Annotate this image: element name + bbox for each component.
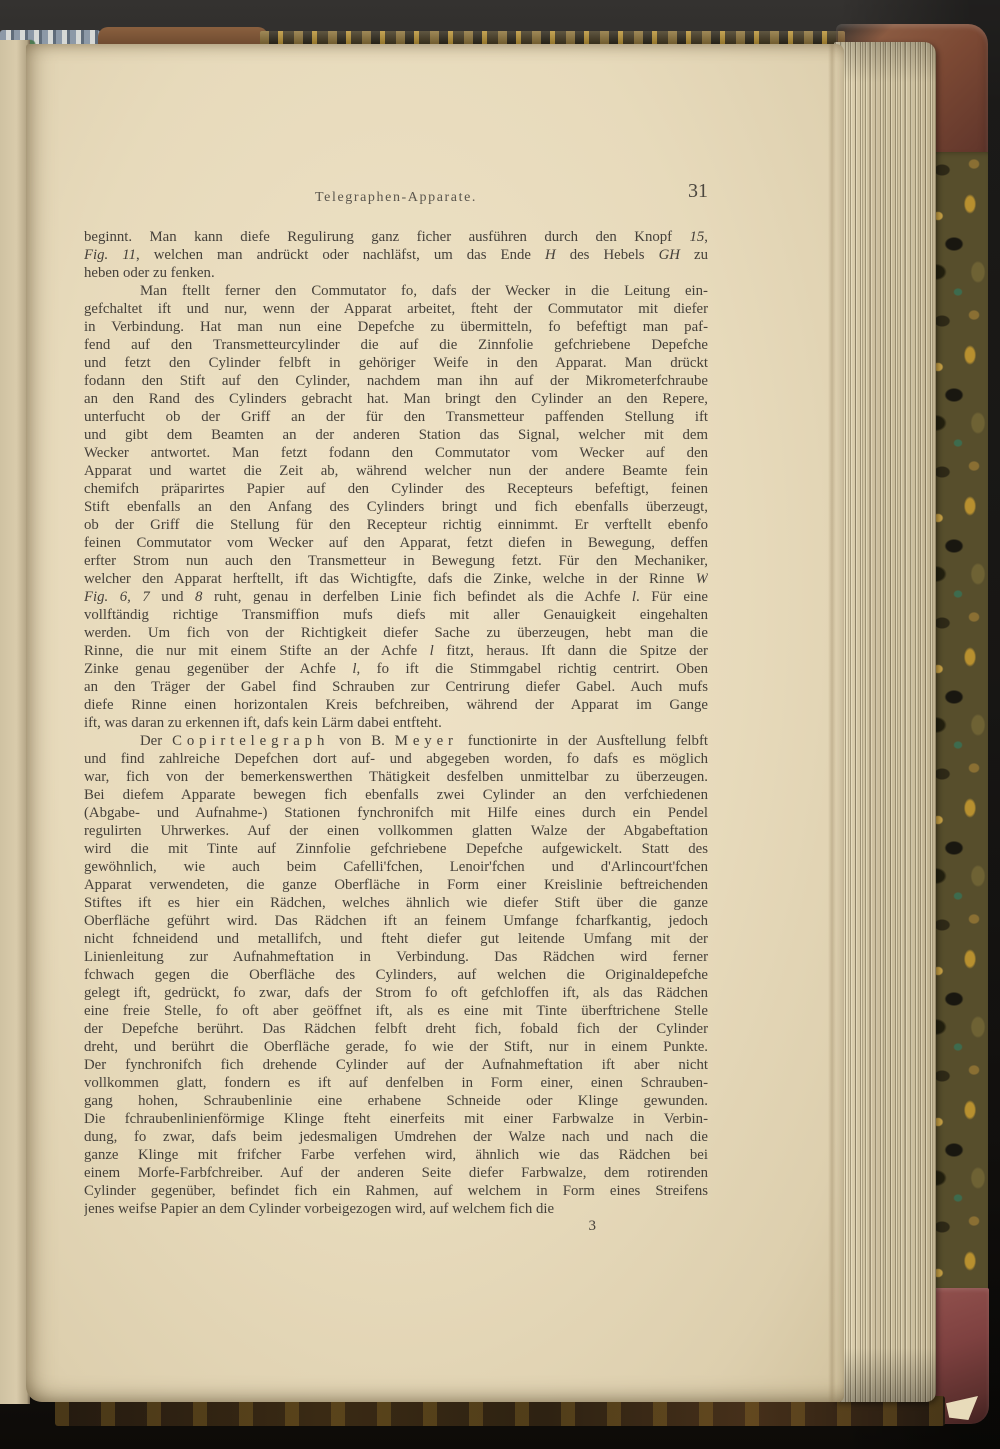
- text-line: Wecker antwortet. Man fetzt fodann den C…: [84, 444, 708, 462]
- text-line: diefe Rinne einen horizontalen Kreis bef…: [84, 696, 708, 714]
- text-line: und gibt dem Beamten an der anderen Stat…: [84, 426, 708, 444]
- text-line: einem Morfe-Farbfchreiber. Auf der ander…: [84, 1164, 708, 1182]
- text-line: gefchaltet ift und nur, wenn der Apparat…: [84, 300, 708, 318]
- text-line: Der fynchronifch fich drehende Cylinder …: [84, 1056, 708, 1074]
- text-line: war, fich von der bemerkenswerthen Thäti…: [84, 768, 708, 786]
- text-line: und fetzt den Cylinder felbft in gehörig…: [84, 354, 708, 372]
- text-line: vollkommen glatt, fondern es ift auf den…: [84, 1074, 708, 1092]
- signature-mark: 3: [84, 1218, 708, 1235]
- text-line: ganze Klinge mit frifcher Farbe verfehen…: [84, 1146, 708, 1164]
- text-line: fchwach gegen die Oberfläche des Cylinde…: [84, 966, 708, 984]
- text-line: Cylinder gegenüber, befindet fich ein Ra…: [84, 1182, 708, 1200]
- text-line: erfter Strom nun auch den Transmetteur i…: [84, 552, 708, 570]
- text-line: gang hohen, Schraubenlinie eine erhabene…: [84, 1092, 708, 1110]
- fore-edge-pages: [834, 42, 936, 1402]
- text-line: fend auf den Transmetteurcylinder die au…: [84, 336, 708, 354]
- text-line: Apparat verwendeten, die ganze Oberfläch…: [84, 876, 708, 894]
- text-line: Fig. 11, welchen man andrückt oder nachl…: [84, 246, 708, 264]
- text-line: wird die mit Tinte auf Zinnfolie gefchri…: [84, 840, 708, 858]
- book-page: 31 Telegraphen-Apparate. beginnt. Man ka…: [26, 44, 844, 1402]
- text-line: Apparat und wartet die Zeit ab, während …: [84, 462, 708, 480]
- text-line: Stift ebenfalls an den Anfang des Cylind…: [84, 498, 708, 516]
- text-line: unterfucht ob der Griff an der für den T…: [84, 408, 708, 426]
- marbled-cover-edge: [928, 152, 988, 1292]
- text-line: (Abgabe- und Aufnahme-) Stationen fynchr…: [84, 804, 708, 822]
- text-line: dung, fo zwar, dafs beim jedesmaligen Um…: [84, 1128, 708, 1146]
- text-line: an den Träger der Gabel find Schrauben z…: [84, 678, 708, 696]
- text-line: feinen Commutator vom Wecker auf den App…: [84, 534, 708, 552]
- text-line: gelegt ift, gedrückt, fo zwar, dafs der …: [84, 984, 708, 1002]
- text-line: Oberfläche geführt wird. Das Rädchen ift…: [84, 912, 708, 930]
- text-line: Bei diefem Apparate bewegen fich ebenfal…: [84, 786, 708, 804]
- text-line: ift, was daran zu erkennen ift, dafs kei…: [84, 714, 708, 732]
- text-line: welcher den Apparat herftellt, ift das W…: [84, 570, 708, 588]
- text-line: dreht, und berührt die Oberfläche gerade…: [84, 1038, 708, 1056]
- text-line: eine freie Stelle, fo oft aber geöffnet …: [84, 1002, 708, 1020]
- text-line: an den Rand des Cylinders gebracht hat. …: [84, 390, 708, 408]
- text-line: werden. Um fich von der Richtigkeit dief…: [84, 624, 708, 642]
- text-line: ob der Griff die Stellung für den Recept…: [84, 516, 708, 534]
- text-line: chemifch präparirtes Papier auf den Cyli…: [84, 480, 708, 498]
- text-line: heben oder zu fenken.: [84, 264, 708, 282]
- text-line: Zinke genau gegenüber der Achfe l, fo if…: [84, 660, 708, 678]
- text-line: Der Copirtelegraph von B. Meyer function…: [84, 732, 708, 750]
- text-line: Die fchraubenlinienförmige Klinge fteht …: [84, 1110, 708, 1128]
- running-title: Telegraphen-Apparate.: [84, 190, 708, 206]
- text-line: nicht fchneidend und metallifch, und fte…: [84, 930, 708, 948]
- text-line: beginnt. Man kann diefe Regulirung ganz …: [84, 228, 708, 246]
- text-line: Rinne, die nur mit einem Stifte an der A…: [84, 642, 708, 660]
- text-line: gewöhnlich, wie auch beim Cafelli'fchen,…: [84, 858, 708, 876]
- text-block: beginnt. Man kann diefe Regulirung ganz …: [84, 228, 708, 1218]
- text-line: regulirten Uhrwerkes. Auf der einen voll…: [84, 822, 708, 840]
- text-line: jenes weifse Papier an dem Cylinder vorb…: [84, 1200, 708, 1218]
- text-line: in Verbindung. Hat man nun eine Depefche…: [84, 318, 708, 336]
- text-line: vollftändig richtige Transmiffion mufs d…: [84, 606, 708, 624]
- text-line: Fig. 6, 7 und 8 ruht, genau in derfelben…: [84, 588, 708, 606]
- book-photo: 31 Telegraphen-Apparate. beginnt. Man ka…: [0, 0, 1000, 1449]
- text-line: Stiftes ift es hier ein Rädchen, welches…: [84, 894, 708, 912]
- text-line: und find zahlreiche Depefchen dort auf- …: [84, 750, 708, 768]
- text-line: fodann den Stift auf den Cylinder, nachd…: [84, 372, 708, 390]
- text-line: Man ftellt ferner den Commutator fo, daf…: [84, 282, 708, 300]
- text-line: der Depefche berührt. Das Rädchen felbft…: [84, 1020, 708, 1038]
- text-line: Linienleitung zur Aufnahmeftation in Ver…: [84, 948, 708, 966]
